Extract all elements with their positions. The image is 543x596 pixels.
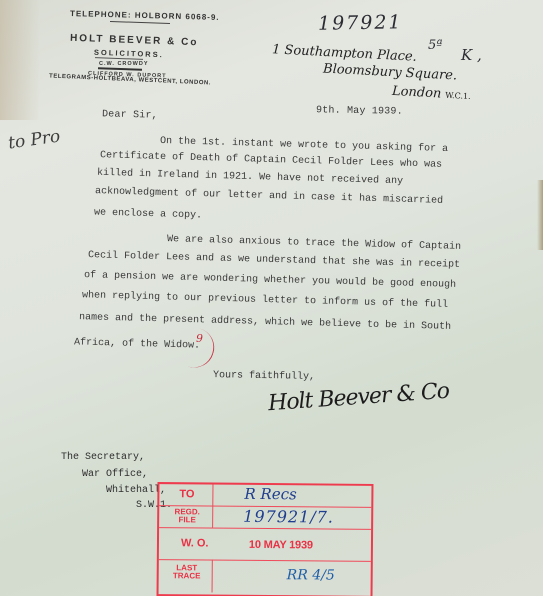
registry-stamp: TO R Recs REGD. FILE 197921/7. W. O. 10 … <box>157 482 374 596</box>
stamp-trace-label: LAST TRACE <box>167 564 207 580</box>
letterhead-rule <box>110 21 170 24</box>
stamp-to-value: R Recs <box>244 485 296 503</box>
stamp-rule <box>159 559 371 562</box>
recipient-line: The Secretary, <box>61 452 145 463</box>
stamp-file-value: 197921/7. <box>243 507 334 527</box>
address-postcode: W.C.1. <box>445 91 471 101</box>
text-line: names and the present address, which we … <box>79 312 451 333</box>
address-line: 1 Southampton Place. <box>272 42 417 65</box>
stamp-rule <box>159 527 371 530</box>
margin-note: to Pro <box>7 126 62 153</box>
text-line: killed in Ireland in 1921. We have not r… <box>97 168 403 188</box>
text-line: Cecil Folder Lees and as we understand t… <box>88 250 460 271</box>
stamp-trace-value: RR 4/5 <box>287 567 335 583</box>
paper-shadow <box>0 0 40 120</box>
signature: Holt Beever & Co <box>267 379 449 417</box>
stamp-file-label: REGD. FILE <box>169 508 205 524</box>
stamp-office-label: W. O. <box>181 538 209 549</box>
salutation: Dear Sir, <box>102 109 158 121</box>
stamp-received-date: 10 MAY 1939 <box>249 539 313 552</box>
stamp-to-label: TO <box>179 489 194 500</box>
address-city: London <box>392 84 442 102</box>
text-line: we enclose a copy. <box>94 207 202 221</box>
text-line: when replying to our previous letter to … <box>82 290 448 311</box>
recipient-line: War Office, <box>82 469 148 480</box>
text-line: acknowledgment of our letter and in case… <box>95 186 443 207</box>
handwritten-mark: K , <box>461 46 482 64</box>
reference-number: 197921 <box>318 11 403 34</box>
closing: Yours faithfully, <box>213 370 315 383</box>
letter-date: 9th. May 1939. <box>316 105 403 118</box>
letterhead-partner: C.W. CROWDY <box>99 61 149 67</box>
stamp-divider <box>212 560 213 593</box>
handwritten-mark: 5ª <box>428 38 442 53</box>
paper-edge <box>537 180 543 250</box>
address-line: Bloomsbury Square. <box>323 62 458 84</box>
red-correction: 9 <box>196 332 203 345</box>
text-line: We are also anxious to trace the Widow o… <box>167 234 461 253</box>
text-line: of a pension we are wondering whether yo… <box>84 270 456 291</box>
letterhead-telephone: TELEPHONE: HOLBORN 6068-9. <box>70 9 220 22</box>
letterhead-firm-name: HOLT BEEVER & Co <box>70 33 199 48</box>
address-line: LondonW.C.1. <box>392 84 471 103</box>
